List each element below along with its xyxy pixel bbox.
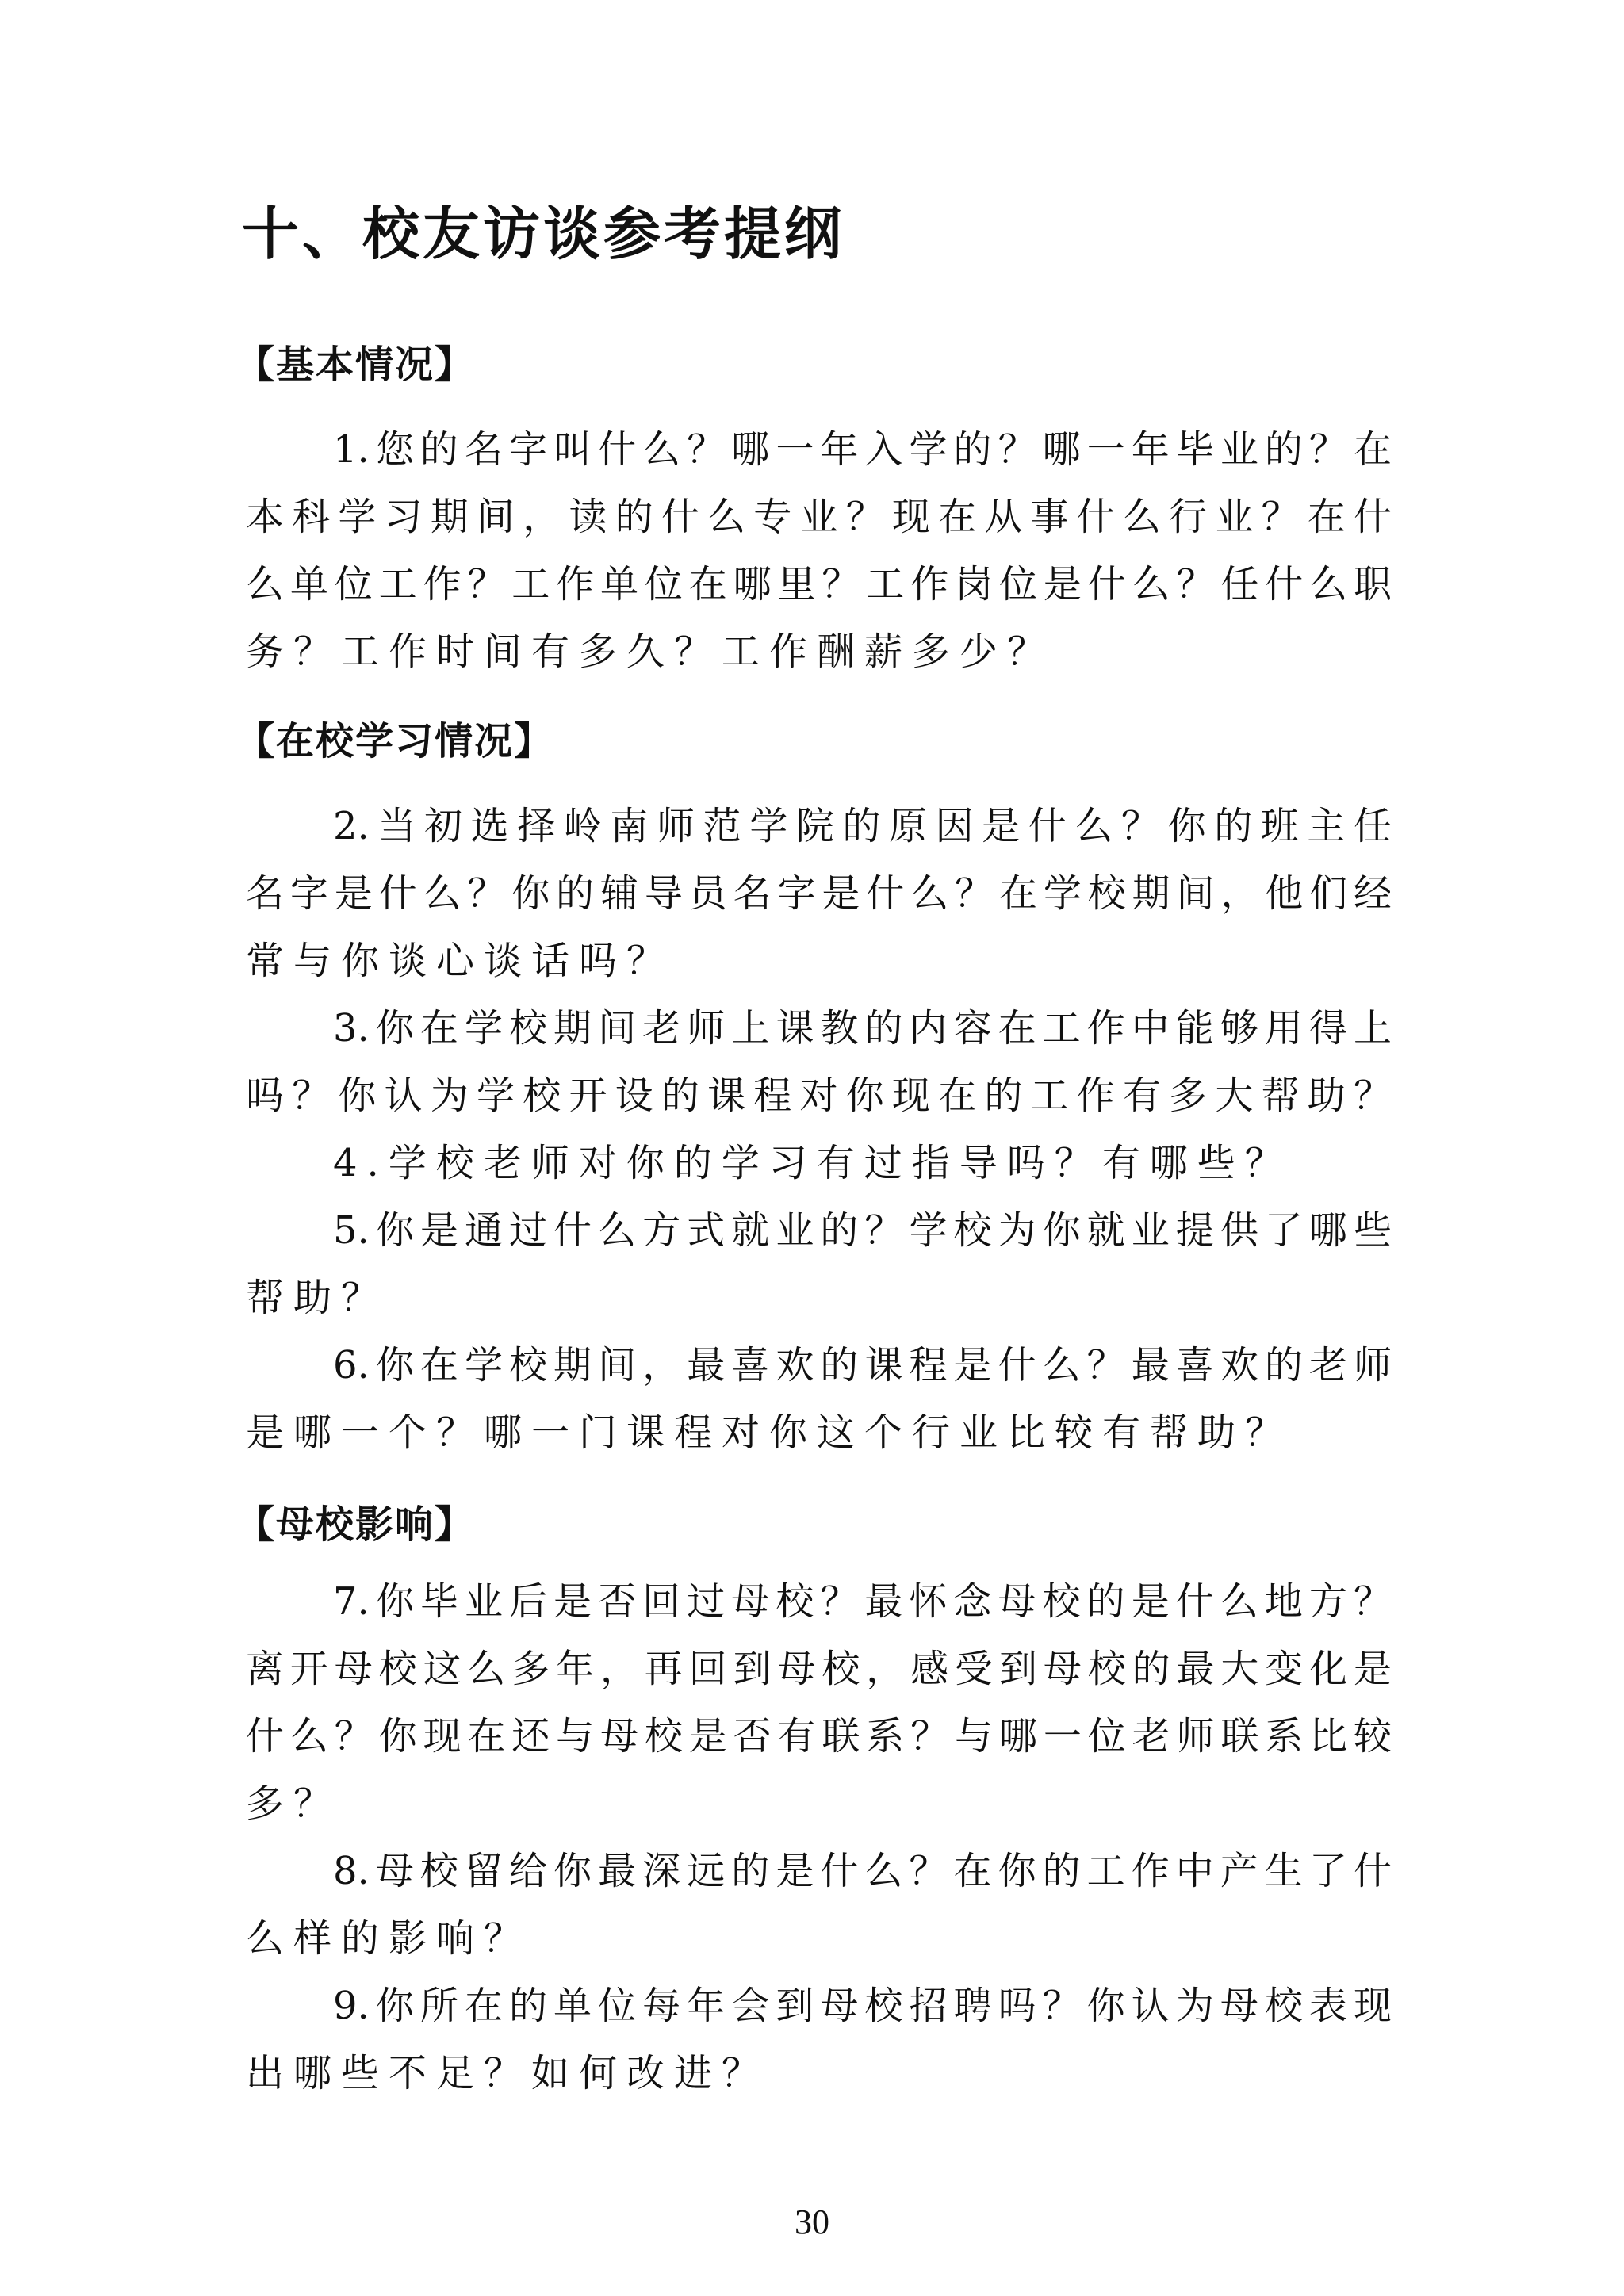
question-7-line-4: 多？ xyxy=(246,1780,1392,1827)
question-1-line-2: 本科学习期间，读的什么专业？现在从事什么行业？在什 xyxy=(246,493,1392,541)
document-page: 十、校友访谈参考提纲 【基本情况】 1.您的名字叫什么？哪一年入学的？哪一年毕业… xyxy=(0,0,1624,2296)
question-8-line-1: 8.母校留给你最深远的是什么？在你的工作中产生了什 xyxy=(333,1847,1392,1895)
section-heading-basic-info: 【基本情况】 xyxy=(236,341,474,388)
question-6-line-2: 是哪一个？哪一门课程对你这个行业比较有帮助？ xyxy=(246,1409,1392,1456)
question-3-line-2: 吗？你认为学校开设的课程对你现在的工作有多大帮助？ xyxy=(246,1072,1392,1119)
question-3-line-1: 3.你在学校期间老师上课教的内容在工作中能够用得上 xyxy=(333,1004,1392,1052)
question-7-line-2: 离开母校这么多年，再回到母校，感受到母校的最大变化是 xyxy=(246,1645,1392,1693)
question-2-line-3: 常与你谈心谈话吗？ xyxy=(246,937,1392,985)
question-1-line-4: 务？工作时间有多久？工作酬薪多少？ xyxy=(246,628,1392,675)
question-1-line-3: 么单位工作？工作单位在哪里？工作岗位是什么？任什么职 xyxy=(246,561,1392,608)
page-number: 30 xyxy=(0,2200,1624,2244)
page-title: 十、校友访谈参考提纲 xyxy=(242,198,845,270)
question-5-line-2: 帮助？ xyxy=(246,1274,1392,1322)
question-2-line-2: 名字是什么？你的辅导员名字是什么？在学校期间，他们经 xyxy=(246,870,1392,917)
question-9-line-2: 出哪些不足？如何改进？ xyxy=(246,2049,1392,2097)
question-7-line-3: 什么？你现在还与母校是否有联系？与哪一位老师联系比较 xyxy=(246,1712,1392,1760)
question-1-line-1: 1.您的名字叫什么？哪一年入学的？哪一年毕业的？在 xyxy=(333,426,1392,473)
question-4-line-1: 4.学校老师对你的学习有过指导吗？有哪些？ xyxy=(333,1139,1392,1187)
section-heading-study-at-school: 【在校学习情况】 xyxy=(236,717,553,765)
question-8-line-2: 么样的影响？ xyxy=(246,1915,1392,1962)
question-9-line-1: 9.你所在的单位每年会到母校招聘吗？你认为母校表现 xyxy=(333,1982,1392,2030)
question-5-line-1: 5.你是通过什么方式就业的？学校为你就业提供了哪些 xyxy=(333,1207,1392,1254)
section-heading-alma-mater-influence: 【母校影响】 xyxy=(236,1501,474,1548)
question-2-line-1: 2.当初选择岭南师范学院的原因是什么？你的班主任 xyxy=(333,802,1392,850)
question-7-line-1: 7.你毕业后是否回过母校？最怀念母校的是什么地方？ xyxy=(333,1578,1392,1625)
question-6-line-1: 6.你在学校期间，最喜欢的课程是什么？最喜欢的老师 xyxy=(333,1341,1392,1389)
